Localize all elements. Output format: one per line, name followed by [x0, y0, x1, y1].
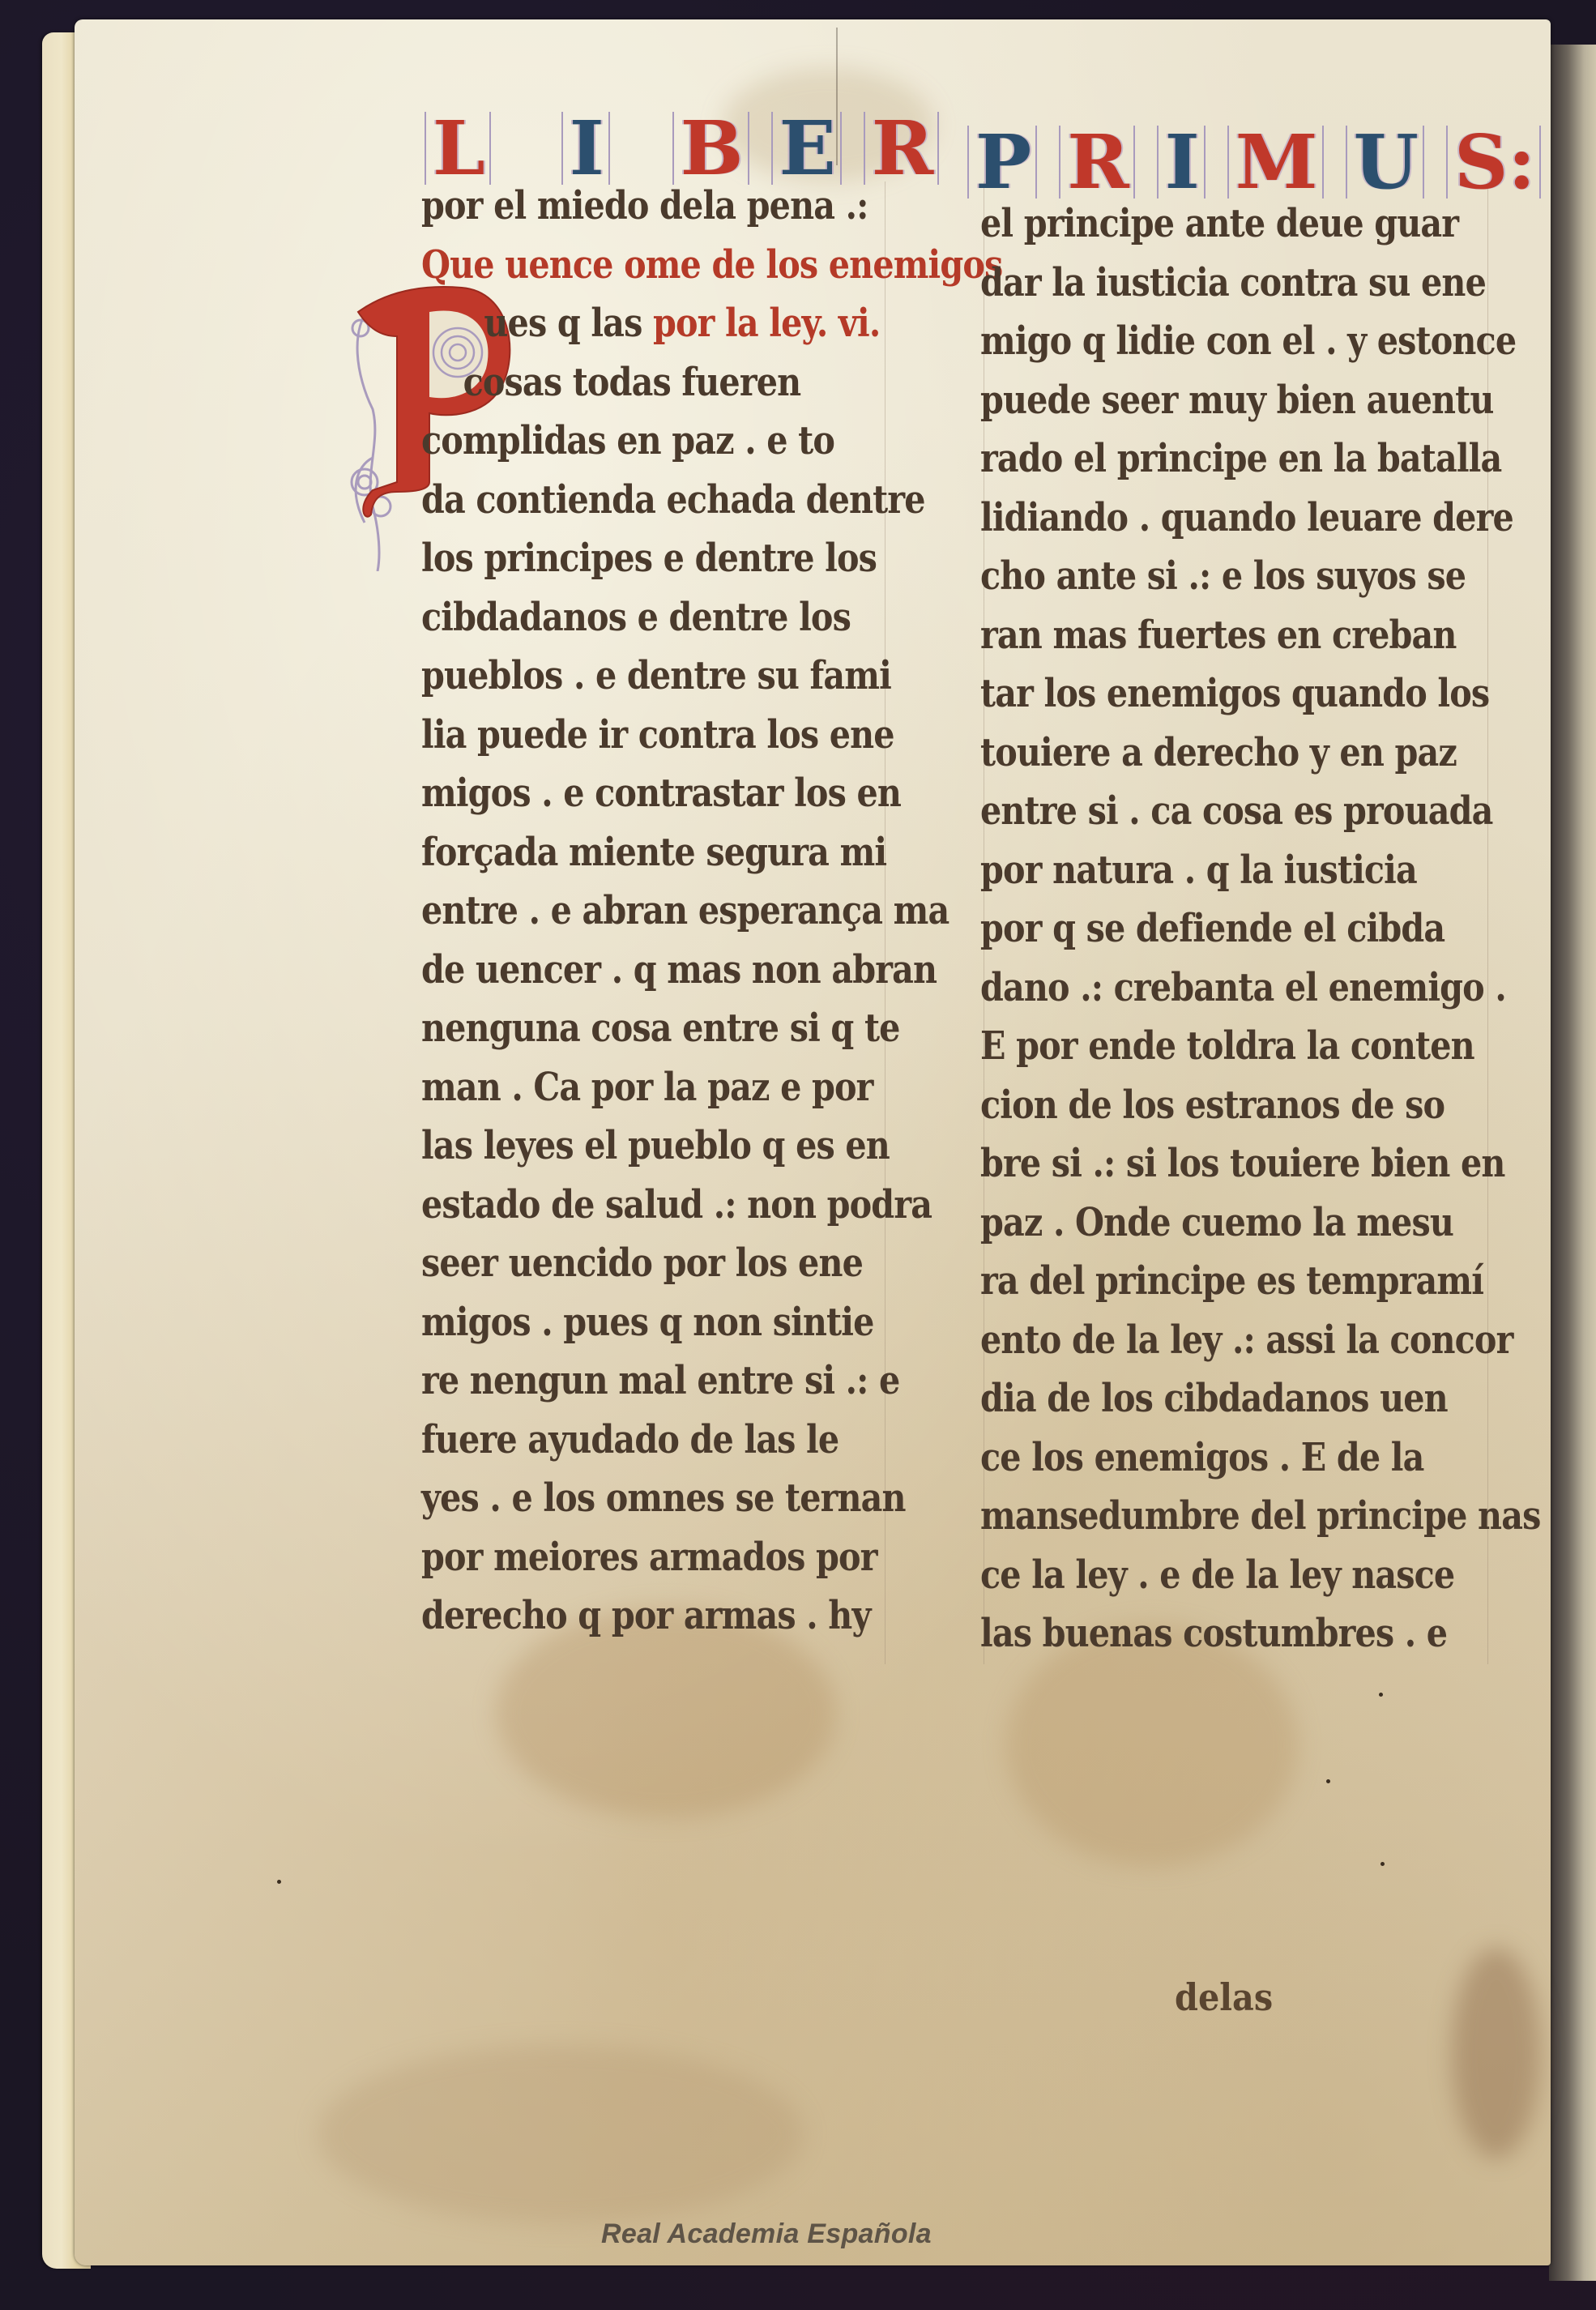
text-line: seer uencido por los ene — [421, 1234, 1002, 1293]
text-line: el principe ante deue guar — [980, 194, 1540, 254]
text-line: los principes e dentre los — [421, 529, 1002, 588]
text-line: dar la iusticia contra su ene — [980, 254, 1540, 313]
catchword: delas — [1175, 1975, 1273, 2019]
text-line: migo q lidie con el . y estonce — [980, 312, 1540, 371]
text-line: ran mas fuertes en creban — [980, 606, 1540, 665]
text-segment: ues q las — [484, 301, 642, 346]
text-line: las buenas costumbres . e — [980, 1604, 1540, 1663]
text-line: entre . e abran esperança ma — [421, 882, 1002, 941]
text-line: lidiando . quando leuare dere — [980, 489, 1540, 548]
rubric-line: Que uence ome de los enemigos — [421, 236, 1002, 295]
text-line: cosas todas fueren — [421, 353, 1002, 412]
text-line: paz . Onde cuemo la mesu — [980, 1193, 1540, 1253]
text-line: fuere ayudado de las le — [421, 1411, 1002, 1470]
water-stain — [1452, 1948, 1541, 2158]
ink-speck — [277, 1880, 281, 1884]
heading-letter: I — [1160, 117, 1205, 207]
text-line: da contienda echada dentre — [421, 471, 1002, 530]
text-line: rado el principe en la batalla — [980, 429, 1540, 489]
text-line: dia de los cibdadanos uen — [980, 1369, 1540, 1428]
rubric-segment: por la ley. vi. — [653, 301, 880, 346]
text-line: puede seer muy bien auentu — [980, 371, 1540, 430]
text-line: cibdadanos e dentre los — [421, 588, 1002, 647]
heading-letter: R — [1062, 117, 1133, 207]
heading-letter: S: — [1449, 117, 1540, 207]
text-line: bre si .: si los touiere bien en — [980, 1134, 1540, 1193]
text-line: re nengun mal entre si .: e — [421, 1351, 1002, 1411]
heading-letter: U — [1349, 117, 1423, 207]
text-line: ra del principe es tempramí — [980, 1252, 1540, 1311]
text-line: touiere a derecho y en paz — [980, 724, 1540, 783]
text-line: pueblos . e dentre su fami — [421, 647, 1002, 706]
text-line: las leyes el pueblo q es en — [421, 1117, 1002, 1176]
text-line: por q se defiende el cibda — [980, 899, 1540, 959]
text-line: cho ante si .: e los suyos se — [980, 547, 1540, 606]
text-line: ento de la ley .: assi la concor — [980, 1311, 1540, 1370]
text-line: lia puede ir contra los ene — [421, 706, 1002, 765]
text-line: mansedumbre del principe nas — [980, 1487, 1540, 1546]
text-line: estado de salud .: non podra — [421, 1176, 1002, 1235]
text-line: migos . pues q non sintie — [421, 1293, 1002, 1352]
text-line: nenguna cosa entre si q te — [421, 999, 1002, 1058]
watermark-real-academia: Real Academia Española — [601, 2218, 932, 2250]
text-line: ce los enemigos . E de la — [980, 1428, 1540, 1488]
text-column-right: el principe ante deue guar dar la iustic… — [980, 194, 1540, 1663]
text-line: derecho q por armas . hy — [421, 1586, 1002, 1646]
text-line: por el miedo dela pena .: — [421, 177, 1002, 236]
text-line: de uencer . q mas non abran — [421, 941, 1002, 1000]
text-line: ce la ley . e de la ley nasce — [980, 1546, 1540, 1605]
text-line: complidas en paz . e to — [421, 412, 1002, 471]
heading-letter: M — [1231, 117, 1323, 207]
ink-speck — [1379, 1693, 1383, 1697]
text-line: por meiores armados por — [421, 1528, 1002, 1587]
text-line: cion de los estranos de so — [980, 1076, 1540, 1135]
text-line: E por ende toldra la conten — [980, 1017, 1540, 1076]
text-line: yes . e los omnes se ternan — [421, 1469, 1002, 1528]
ink-speck — [1326, 1779, 1330, 1783]
facing-page-edge — [1549, 45, 1596, 2281]
text-line: migos . e contrastar los en — [421, 764, 1002, 823]
text-line: ues q las por la ley. vi. — [421, 294, 1002, 353]
text-line: forçada miente segura mi — [421, 823, 1002, 882]
text-line: man . Ca por la paz e por — [421, 1058, 1002, 1117]
text-line: por natura . q la iusticia — [980, 841, 1540, 900]
ink-speck — [1380, 1862, 1385, 1866]
water-stain — [318, 2045, 804, 2223]
text-line: tar los enemigos quando los — [980, 664, 1540, 724]
text-line: dano .: crebanta el enemigo . — [980, 959, 1540, 1018]
heading-primus: P R I M U S: — [971, 117, 1540, 207]
text-column-left: por el miedo dela pena .: Que uence ome … — [421, 177, 1002, 1646]
text-line: entre si . ca cosa es prouada — [980, 782, 1540, 841]
